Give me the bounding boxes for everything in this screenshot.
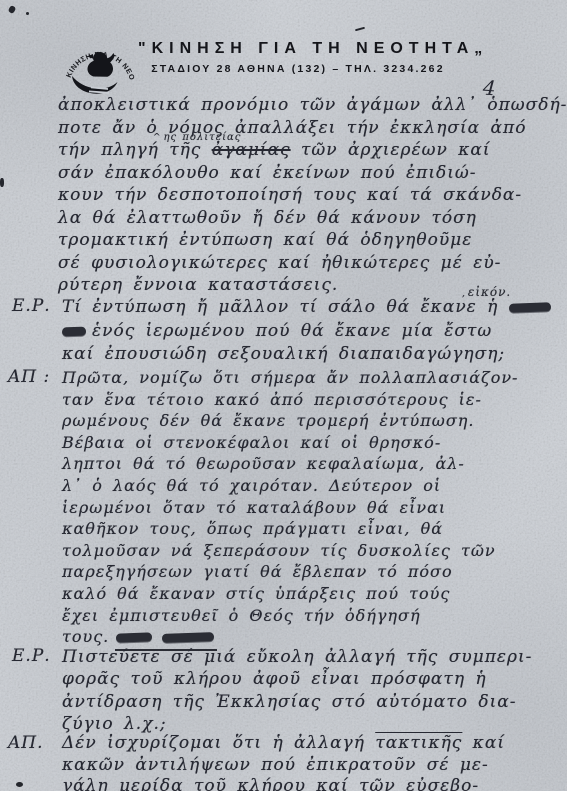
handwritten-line: Πιστεύετε σέ μιά εὔκολη ἀλλαγή τῆς συμπε…: [62, 646, 557, 668]
answer-label: ΑΠ.: [8, 733, 44, 753]
handwritten-line: ποτε ἄν ὁ νόμος ἀπαλλάξει τήν ἐκκλησία ἀ…: [58, 117, 553, 140]
answer-1-text: Πρῶτα, νομίζω ὅτι σήμερα ἄν πολλαπλασιάζ…: [62, 367, 557, 648]
overlined-word: τακτικῆς: [375, 733, 462, 753]
insertion-text: ης πολιτείας: [164, 132, 242, 143]
interlinear-insertion: ‚εἰκόν.: [462, 281, 511, 307]
interlinear-insertion: ^ης πολιτείας: [153, 127, 241, 150]
line-text: τῶν ἀρχιερέων καί: [291, 140, 491, 160]
caret-mark: ^: [153, 133, 162, 143]
handwritten-line: ἔχει ἐμπιστευθεῖ ὁ Θεός τήν ὁδήγησή: [62, 605, 557, 627]
ink-speck: [0, 178, 4, 187]
handwritten-line: σέ φυσιολογικώτερες καί ἠθικώτερες μέ εὐ…: [58, 252, 553, 275]
handwritten-line-with-correction: Τί ἐντύπωση ἤ μᾶλλον τί σάλο θά ἔκανε ἡ …: [62, 296, 557, 320]
handwritten-line-with-correction: ἑνός ἱερωμένου πού θά ἔκανε μία ἔστω: [62, 320, 557, 344]
ink-speck: [355, 27, 365, 32]
scribbled-out-word: [162, 632, 214, 643]
scanned-letter-page: ΚΙΝΗΣΗ ΓΙΑ ΤΗ ΝΕΟΤΗΤΑ "ΚΙΝΗΣΗ ΓΙΑ ΤΗ ΝΕΟ…: [0, 0, 567, 791]
line-text: Δέν ἰσχυρίζομαι ὅτι ἡ ἀλλαγή: [62, 733, 375, 753]
handwritten-line: ἀποκλειστικά προνόμιο τῶν ἀγάμων ἀλλ᾽ ὁπ…: [58, 94, 553, 117]
handwritten-line: Πρῶτα, νομίζω ὅτι σήμερα ἄν πολλαπλασιάζ…: [62, 367, 557, 389]
handwritten-line: γάλη μερίδα τοῦ κλήρου καί τῶν εὐσεβο-: [62, 776, 557, 791]
handwritten-line: ταν ἕνα τέτοιο κακό ἀπό περισσότερους ἱε…: [62, 389, 557, 411]
organization-address: ΣΤΑΔΙΟΥ 28 ΑΘΗΝΑ (132) – ΤΗΛ. 3234.262: [138, 63, 458, 75]
handwritten-line: ρωμένους δέν θά ἔκανε τρομερή ἐντύπωση.: [62, 410, 557, 432]
question-1-text: Τί ἐντύπωση ἤ μᾶλλον τί σάλο θά ἔκανε ἡ …: [62, 296, 557, 367]
handwritten-line: κακῶν ἀντιλήψεων πού ἐπικρατοῦν σέ με-: [62, 755, 557, 777]
question-label: Ε.Ρ.: [12, 646, 51, 666]
line-text: τους.: [62, 627, 109, 646]
handwritten-line: καλό θά ἔκαναν στίς ὑπάρξεις πού τούς: [62, 583, 557, 605]
insertion-text: εἰκόν.: [468, 285, 511, 299]
handwritten-line: καί ἐπουσιώδη σεξουαλική διαπαιδαγώγηση;: [62, 343, 557, 367]
handwritten-line: τολμοῦσαν νά ξεπεράσουν τίς δυσκολίες τῶ…: [62, 540, 557, 562]
scribbled-out-word: [116, 632, 152, 642]
ink-speck: [16, 782, 23, 787]
handwritten-line: τρομακτική ἐντύπωση καί θά ὁδηγηθοῦμε: [58, 229, 553, 252]
question-label: Ε.Ρ.: [12, 296, 51, 316]
scribbled-out-word: [509, 302, 551, 312]
answer-2-text: Δέν ἰσχυρίζομαι ὅτι ἡ ἀλλαγή τακτικῆς κα…: [62, 733, 557, 791]
caret-mark: ‚: [462, 289, 466, 299]
handwritten-line: λ᾽ ὁ λαός θά τό χαιρόταν. Δεύτερον οἱ: [62, 475, 557, 497]
handwritten-line: λα θά ἐλαττωθοῦν ἤ δέν θά κάνουν τόση: [58, 207, 553, 230]
handwritten-line: ἱερωμένοι ὅταν τό καταλάβουν θά εἶναι: [62, 497, 557, 519]
handwritten-line: ζύγιο λ.χ.;: [62, 713, 557, 735]
handwritten-line: ἀντίδραση τῆς Ἐκκλησίας στό αὐτόματο δια…: [62, 691, 557, 713]
handwritten-line-with-overline: Δέν ἰσχυρίζομαι ὅτι ἡ ἀλλαγή τακτικῆς κα…: [62, 733, 557, 755]
handwritten-line: φορᾶς τοῦ κλήρου ἀφοῦ εἶναι πρόσφατη ἡ: [62, 668, 557, 690]
handwritten-line-with-correction: τήν πληγή τῆς ἀγαμίας τῶν ἀρχιερέων καί …: [58, 139, 553, 162]
handwritten-line: καθῆκον τους, ὅπως πράγματι εἶναι, θά: [62, 518, 557, 540]
handwritten-line-with-correction: τους.: [62, 626, 557, 648]
handwritten-line: παρεξηγήσεων γιατί θά ἔβλεπαν τό πόσο: [62, 561, 557, 583]
handwritten-line: Βέβαια οἱ στενοκέφαλοι καί οἱ θρησκό-: [62, 432, 557, 454]
intro-paragraph: ἀποκλειστικά προνόμιο τῶν ἀγάμων ἀλλ᾽ ὁπ…: [58, 94, 553, 297]
line-text: ἑνός ἱερωμένου πού θά ἔκανε μία ἔστω: [92, 321, 492, 341]
line-text: Τί ἐντύπωση ἤ μᾶλλον τί σάλο θά ἔκανε ἡ: [62, 297, 498, 317]
handwritten-line: κουν τήν δεσποτοποίησή τους καί τά σκάνδ…: [58, 184, 553, 207]
question-2-text: Πιστεύετε σέ μιά εὔκολη ἀλλαγή τῆς συμπε…: [62, 646, 557, 735]
handwritten-line: ληπτοι θά τό θεωροῦσαν κεφαλαίωμα, ἀλ-: [62, 453, 557, 475]
ink-speck: [8, 5, 17, 14]
ink-speck: [26, 12, 29, 15]
handwritten-line: σάν ἐπακόλουθο καί ἐκείνων πού ἐπιδιώ-: [58, 162, 553, 185]
line-text: καί: [462, 733, 505, 753]
answer-label: ΑΠ :: [8, 367, 50, 387]
scribbled-out-word: [62, 326, 86, 336]
organization-name: "ΚΙΝΗΣΗ ΓΙΑ ΤΗ ΝΕΟΤΗΤΑ„: [138, 40, 488, 58]
